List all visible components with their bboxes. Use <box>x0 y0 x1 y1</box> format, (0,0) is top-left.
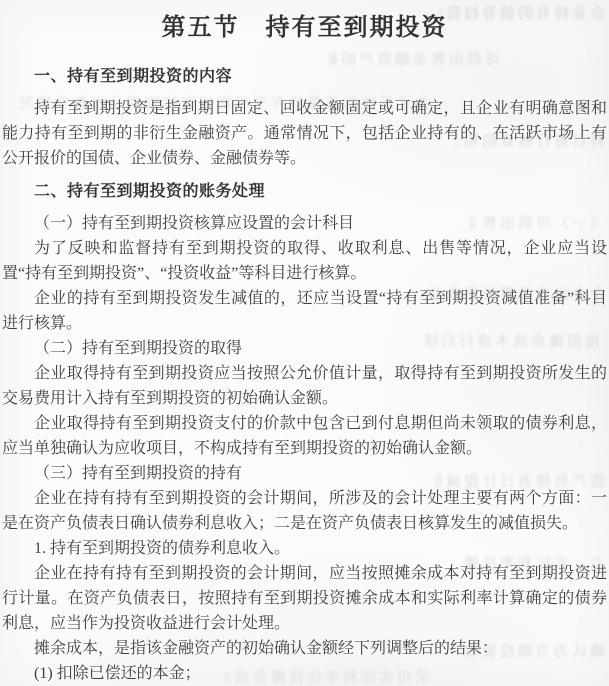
subheading-3-holding: （三）持有至到期投资的持有 <box>2 461 607 486</box>
paragraph-accounts-setup: 为了反映和监督持有至到期投资的取得、收取利息、出售等情况，企业应当设置“持有至到… <box>2 236 607 286</box>
list-item-bond-interest-income: 1. 持有至到期投资的债券利息收入。 <box>2 536 607 561</box>
scanned-book-page: 企业持有的债券投资核算与计量规定 可供出售金融资产的确认 为了反映和监督持有至到… <box>0 0 609 686</box>
section-title: 第五节 持有至到期投资 <box>2 8 607 48</box>
heading-2-accounting-treatment: 二、持有至到期投资的账务处理 <box>2 179 607 205</box>
subheading-2-acquisition: （二）持有至到期投资的取得 <box>2 336 607 361</box>
paragraph-holding-two-aspects: 企业在持有持有至到期投资的会计期间，所涉及的会计处理主要有两个方面：一是在资产负… <box>2 486 607 536</box>
paragraph-accrued-interest: 企业取得持有至到期投资支付的价款中包含已到付息期但尚未领取的债券利息，应当单独确… <box>2 411 607 461</box>
paragraph-fair-value-measurement: 企业取得持有至到期投资应当按照公允价值计量，取得持有至到期投资所发生的交易费用计… <box>2 361 607 411</box>
list-item-deduct-principal: (1) 扣除已偿还的本金； <box>2 661 607 686</box>
heading-1-content: 一、持有至到期投资的内容 <box>2 64 607 90</box>
paragraph-amortized-cost-measurement: 企业在持有持有至到期投资的会计期间，应当按照摊余成本对持有至到期投资进行计量。在… <box>2 561 607 636</box>
subheading-1-accounts: （一）持有至到期投资核算应设置的会计科目 <box>2 211 607 236</box>
paragraph-amortized-cost-definition: 摊余成本，是指该金融资产的初始确认金额经下列调整后的结果： <box>2 636 607 661</box>
paragraph-impairment-account: 企业的持有至到期投资发生减值的，还应当设置“持有至到期投资减值准备”科目进行核算… <box>2 286 607 336</box>
paragraph-definition: 持有至到期投资是指到期日固定、回收金额固定或可确定，且企业有明确意图和能力持有至… <box>2 96 607 171</box>
